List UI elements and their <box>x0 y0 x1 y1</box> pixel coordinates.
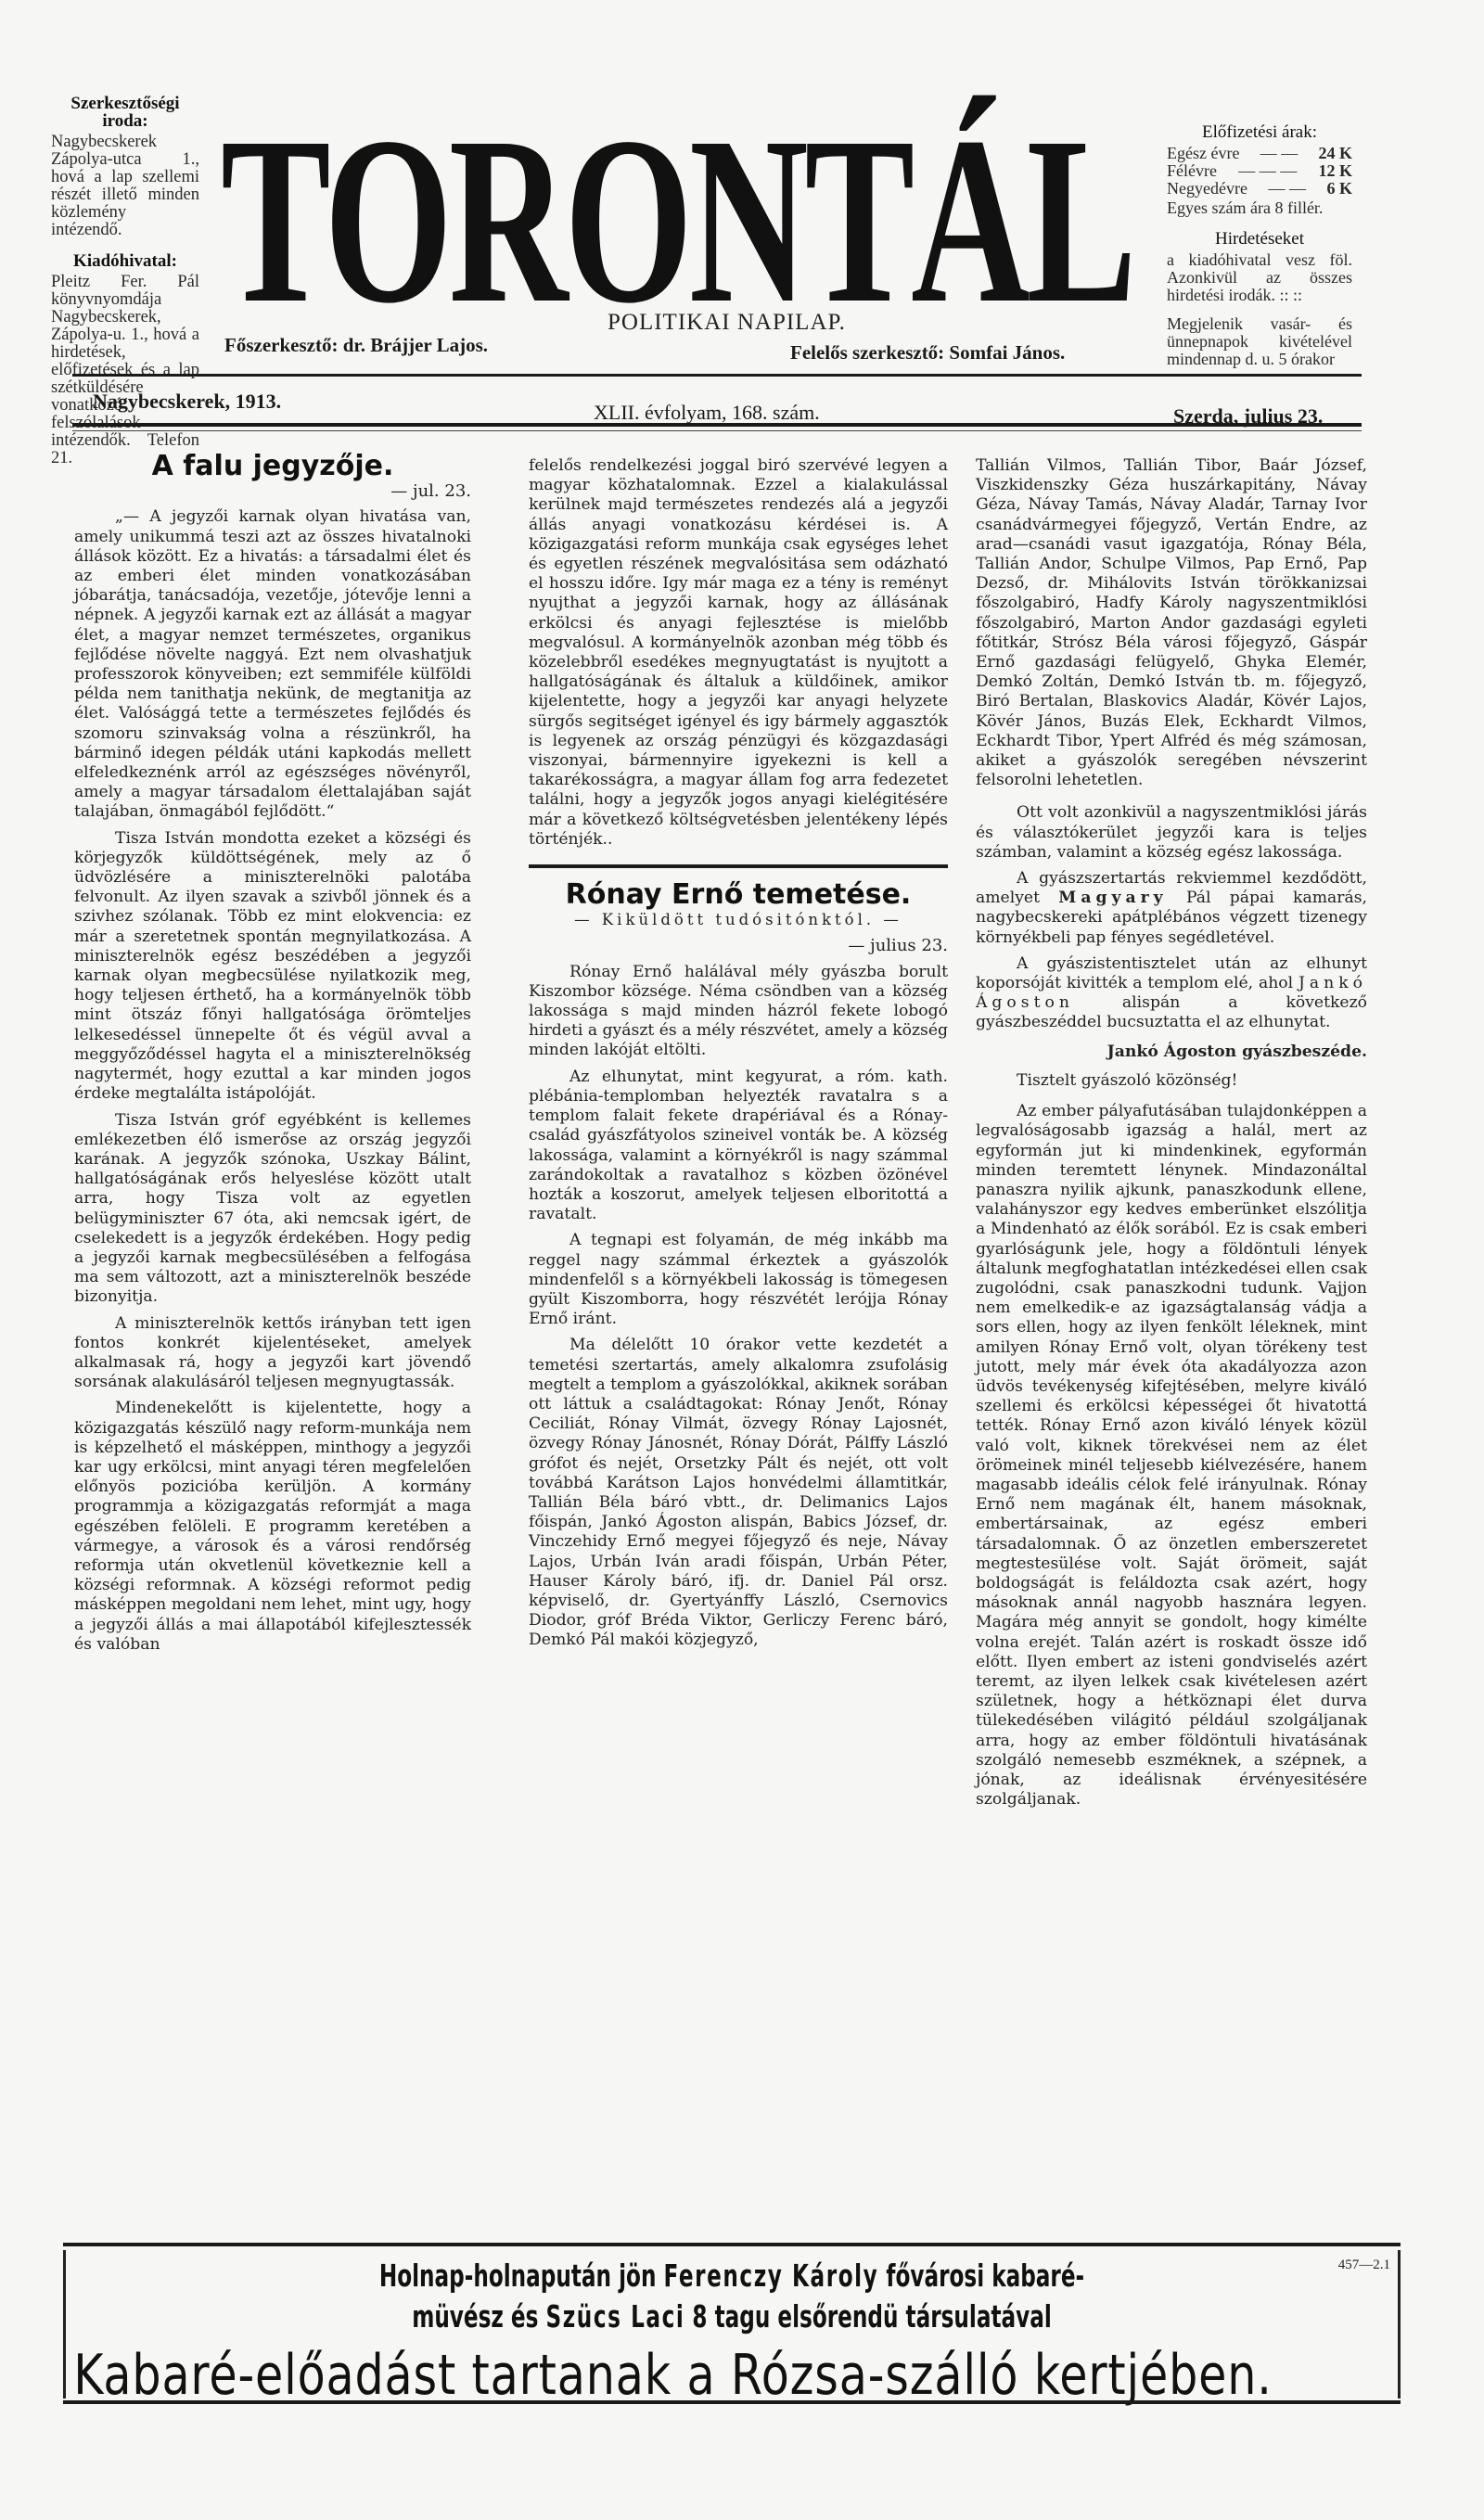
newspaper-subtitle: POLITIKAI NAPILAP. <box>608 310 846 336</box>
column-2: felelős rendelkezési joggal biró szervév… <box>529 456 948 1651</box>
price-row: Egész évre — — 24 K <box>1167 145 1352 162</box>
ad-performer-name: Ferenczy Károly <box>664 2258 879 2294</box>
ads-text: a kiadóhivatal vesz föl. Azonkivül az ös… <box>1167 251 1352 304</box>
ad-line-2: müvész és Szücs Laci 8 tagu elsőrendü tá… <box>212 2296 1251 2337</box>
ad-top-rule <box>63 2243 1401 2246</box>
article-separator-rule <box>529 864 948 868</box>
article-paragraph: Ma délelőtt 10 órakor vette kezdetét a t… <box>529 1336 948 1650</box>
newspaper-title: TORONTÁL <box>221 100 1093 339</box>
article-paragraph: Tallián Vilmos, Tallián Tibor, Baár Józs… <box>976 456 1367 790</box>
dateline-place-year: Nagybecskerek, 1913. <box>93 390 281 414</box>
ad-code: 457—2.1 <box>1338 2258 1390 2273</box>
dateline-rule-thin <box>72 430 1362 431</box>
article-paragraph: Ott volt azonkivül a nagyszentmiklósi já… <box>976 803 1367 863</box>
publisher-heading: Kiadóhivatal: <box>51 252 199 270</box>
ad-line-1: Holnap-holnapután jön Ferenczy Károly fő… <box>212 2256 1251 2296</box>
price-row: Negyedévre — — 6 K <box>1167 180 1352 198</box>
article-paragraph: Mindenekelőtt is kijelentette, hogy a kö… <box>74 1399 471 1655</box>
editorial-office-heading: Szerkesztőségi iroda: <box>51 95 199 130</box>
prices-heading: Előfizetési árak: <box>1167 123 1352 141</box>
article-paragraph: Az elhunytat, mint kegyurat, a róm. kath… <box>529 1068 948 1225</box>
column-1: A falu jegyzője. — jul. 23. „— A jegyzői… <box>74 456 471 1655</box>
article-paragraph: A gyászszertartás rekviemmel kezdődött, … <box>976 869 1367 948</box>
article-paragraph: „— A jegyzői karnak olyan hivatása van, … <box>74 507 471 822</box>
priest-name: Magyary <box>1058 889 1167 907</box>
speech-paragraph: Az ember pályafutásában tulajdonképpen a… <box>976 1102 1367 1810</box>
ads-heading: Hirdetéseket <box>1167 230 1352 248</box>
article-paragraph: Tisza István mondotta ezeket a községi é… <box>74 829 471 1105</box>
speech-heading: Jankó Ágoston gyászbeszéde. <box>976 1043 1367 1062</box>
column-3: Tallián Vilmos, Tallián Tibor, Baár Józs… <box>976 456 1367 1810</box>
single-issue-price: Egyes szám ára 8 fillér. <box>1167 199 1352 217</box>
article-paragraph: Rónay Ernő halálával mély gyászba borult… <box>529 963 948 1061</box>
article-paragraph: A gyászistentisztelet után az elhunyt ko… <box>976 954 1367 1033</box>
price-row: Félévre — — — 12 K <box>1167 162 1352 180</box>
article-date: — jul. 23. <box>74 481 471 501</box>
article-paragraph: Tisza István gróf egyébként is kellemes … <box>74 1111 471 1308</box>
article-paragraph: A tegnapi est folyamán, de még inkább ma… <box>529 1231 948 1329</box>
article-title-funeral: Rónay Ernő temetése. <box>529 885 948 904</box>
editor-in-chief: Főszerkesztő: dr. Brájjer Lajos. <box>224 334 488 357</box>
editorial-office-text: Nagybecskerek Zápolya-utca 1., hová a la… <box>51 134 199 239</box>
ad-troupe-name: Szücs Laci <box>546 2298 685 2335</box>
masthead-rule <box>72 374 1362 377</box>
dateline-volume-issue: XLII. évfolyam, 168. szám. <box>594 401 820 425</box>
managing-editor: Felelős szerkesztő: Somfai János. <box>790 341 1065 365</box>
publication-schedule: Megjelenik vasár- és ünnepnapok kivételé… <box>1167 315 1352 368</box>
article-byline: — Kiküldött tudósitónktól. — <box>529 910 948 929</box>
article-paragraph: A miniszterelnök kettős irányban tett ig… <box>74 1314 471 1393</box>
newspaper-title-wrap: TORONTÁL <box>221 100 1093 304</box>
article-continuation: felelős rendelkezési joggal biró szervév… <box>529 456 948 850</box>
article-date: — julius 23. <box>529 936 948 955</box>
dateline-rule <box>72 423 1362 427</box>
cabaret-advertisement: Holnap-holnapután jön Ferenczy Károly fő… <box>63 2250 1401 2398</box>
speech-greeting: Tisztelt gyászoló közönség! <box>976 1071 1367 1091</box>
publisher-text: Pleitz Fer. Pál könyvnyomdája Nagybecske… <box>51 274 199 467</box>
ad-headline: Kabaré-előadást tartanak a Rózsa-szálló … <box>66 2343 1158 2408</box>
ad-bottom-rule <box>63 2400 1401 2404</box>
article-title-village-notary: A falu jegyzője. <box>74 456 471 476</box>
subscription-box: Előfizetési árak: Egész évre — — 24 K Fé… <box>1167 123 1352 381</box>
